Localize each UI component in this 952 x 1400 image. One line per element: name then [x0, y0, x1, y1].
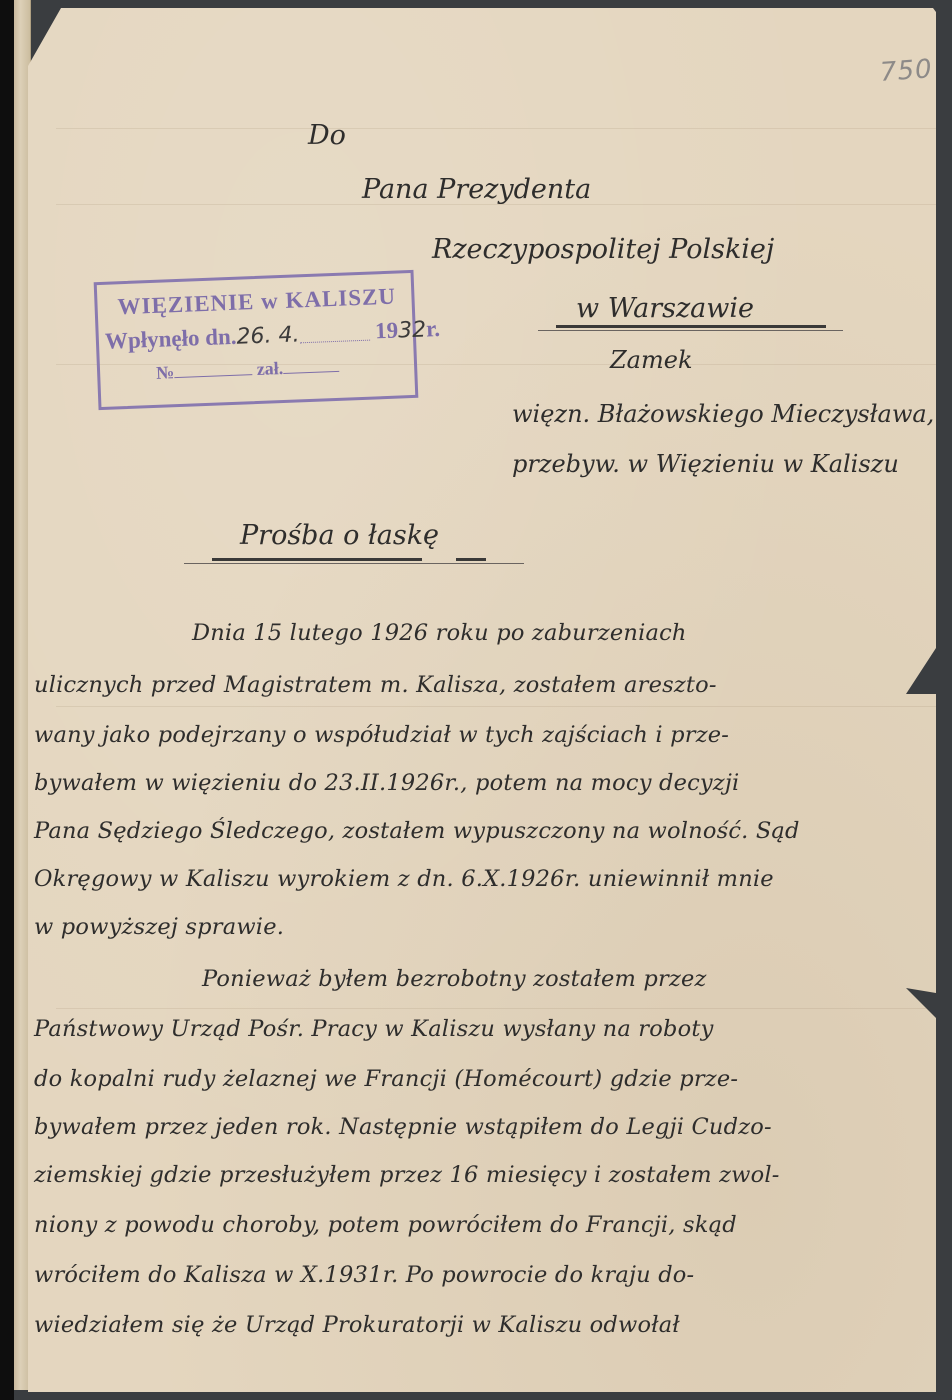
document-title: Prośba o łaskę: [240, 520, 439, 551]
stamp-attachments-label: zał.: [256, 358, 283, 379]
body-line: niony z powodu choroby, potem powróciłem…: [34, 1212, 737, 1238]
title-underline-dash: [456, 558, 486, 561]
stamp-number-row: № zał.: [156, 356, 340, 384]
stamp-received-date: 26. 4.: [236, 322, 300, 349]
title-underline: [212, 558, 422, 561]
page-number: 750: [879, 54, 934, 88]
stamp-dotted-line: [299, 326, 370, 344]
body-line: w powyższej sprawie.: [34, 914, 284, 940]
body-line: ziemskiej gdzie przesłużyłem przez 16 mi…: [34, 1162, 780, 1188]
ruled-line: [56, 706, 936, 707]
body-line: wiedziałem się że Urząd Prokuratorji w K…: [34, 1312, 680, 1338]
sender-line-2: przebyw. w Więzieniu w Kaliszu: [512, 450, 899, 478]
document-page: 750 Do Pana Prezydenta Rzeczypospolitej …: [28, 8, 936, 1392]
body-line: wróciłem do Kalisza w X.1931r. Po powroc…: [34, 1262, 694, 1288]
body-line: Okręgowy w Kaliszu wyrokiem z dn. 6.X.19…: [34, 866, 774, 892]
stamp-year-end: r.: [426, 316, 441, 342]
stamp-received-label: Wpłynęło dn.: [104, 324, 237, 354]
body-line: ulicznych przed Magistratem m. Kalisza, …: [34, 672, 717, 698]
body-line: Ponieważ byłem bezrobotny zostałem przez: [202, 966, 707, 992]
stamp-attachments-blank: [283, 359, 339, 374]
stamp-received-row: Wpłynęło dn.26. 4. 1932r.: [104, 316, 440, 355]
sender-line-1: więzn. Błażowskiego Mieczysława,: [512, 400, 934, 428]
body-line: do kopalni rudy żelaznej we Francji (Hom…: [34, 1066, 738, 1092]
recipient-underline: [556, 325, 826, 328]
scan-edge: [0, 0, 14, 1400]
stamp-number-blank: [174, 362, 252, 378]
sender-label: Zamek: [610, 346, 693, 374]
stamp-year-prefix: 19: [375, 318, 399, 344]
body-line: Dnia 15 lutego 1926 roku po zaburzeniach: [192, 620, 687, 646]
recipient-line-2: Rzeczypospolitej Polskiej: [432, 234, 774, 265]
recipient-line-1: Pana Prezydenta: [362, 174, 591, 205]
prison-receipt-stamp: WIĘZIENIE w KALISZU Wpłynęło dn.26. 4. 1…: [94, 270, 419, 410]
body-line: bywałem w więzieniu do 23.II.1926r., pot…: [34, 770, 739, 796]
recipient-line-3: w Warszawie: [576, 293, 754, 324]
body-line: bywałem przez jeden rok. Następnie wstąp…: [34, 1114, 772, 1140]
stamp-year-suffix: 32: [398, 317, 427, 343]
recipient-underline-thin: [538, 330, 843, 331]
stamp-number-label: №: [156, 362, 175, 383]
body-line: wany jako podejrzany o współudział w tyc…: [34, 722, 729, 748]
ruled-line: [56, 128, 936, 129]
ruled-line: [56, 1008, 936, 1009]
body-line: Państwowy Urząd Pośr. Pracy w Kaliszu wy…: [34, 1016, 714, 1042]
salutation: Do: [308, 120, 346, 151]
stamp-institution: WIĘZIENIE w KALISZU: [117, 284, 396, 321]
body-line: Pana Sędziego Śledczego, zostałem wypusz…: [34, 818, 800, 844]
title-underline-thin: [184, 563, 524, 564]
